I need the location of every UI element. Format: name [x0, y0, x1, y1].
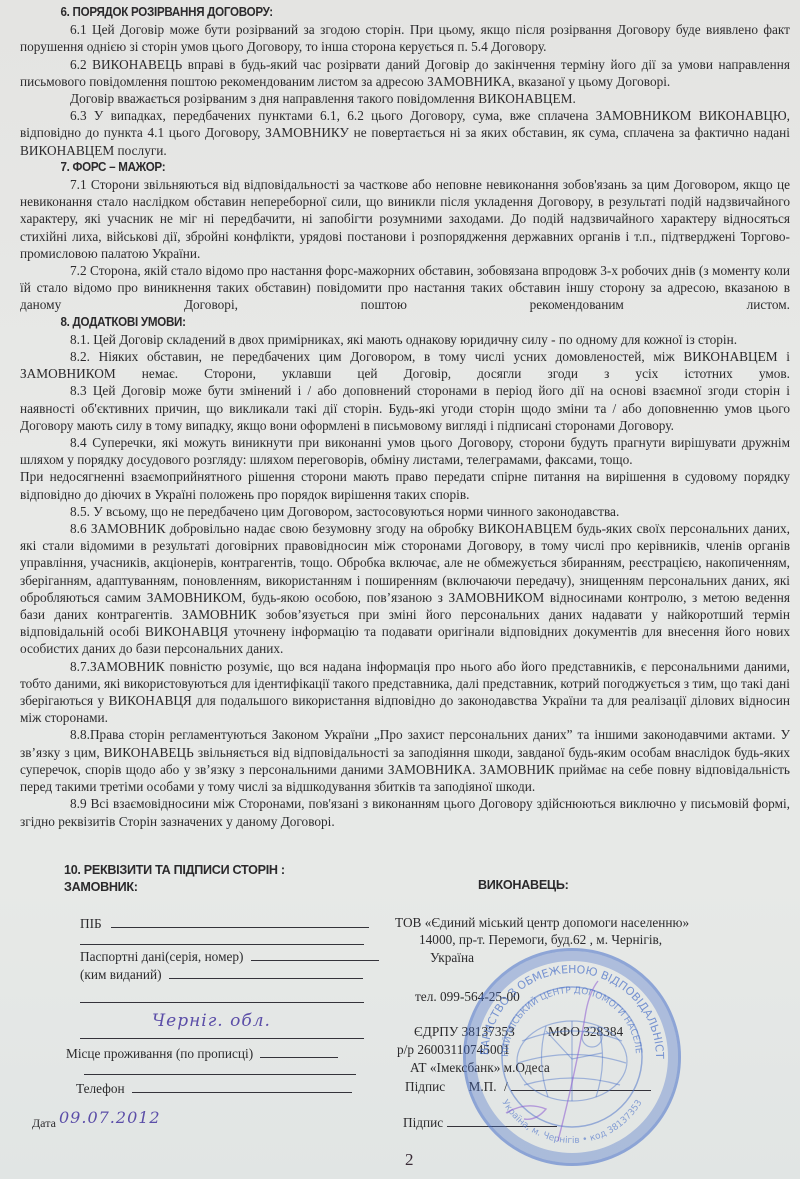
clause-8-7: 8.7.ЗАМОВНИК повністю розуміє, що вся на… [20, 658, 790, 727]
clause-8-8: 8.8.Права сторін регламентуються Законом… [20, 726, 790, 795]
contractor-bank: АТ «Імексбанк» м.Одеса [410, 1060, 550, 1076]
contractor-country: Україна [430, 950, 474, 966]
date-field[interactable]: Дата [32, 1115, 56, 1131]
phone-field[interactable]: Телефон [76, 1080, 352, 1097]
signature-label-2: Підпис [403, 1115, 443, 1130]
clause-8-3: 8.3 Цей Договір може бути змінений і / а… [20, 382, 790, 434]
signature-line [511, 1078, 651, 1091]
clause-8-9: 8.9 Всі взаємовідносини між Сторонами, п… [20, 795, 790, 829]
phone-label: Телефон [76, 1081, 125, 1096]
contractor-label: ВИКОНАВЕЦЬ: [478, 878, 568, 892]
pib-line-2[interactable] [80, 932, 364, 949]
residence-line [260, 1045, 338, 1058]
clause-7-1: 7.1 Сторони звільняються від відповідаль… [20, 176, 790, 262]
document-page: 6. ПОРЯДОК РОЗІРВАННЯ ДОГОВОРУ: 6.1 Цей … [0, 0, 800, 1179]
phone-line [132, 1080, 352, 1093]
clause-8-4-cont: При недосягненні взаємоприйнятного рішен… [20, 468, 790, 502]
page-number: 2 [405, 1150, 414, 1170]
clause-8-6: 8.6 ЗАМОВНИК добровільно надає свою безу… [20, 520, 790, 658]
clause-6-2: 6.2 ВИКОНАВЕЦЬ вправі в будь-який час ро… [20, 56, 790, 90]
contractor-phone: тел. 099-564-25-00 [415, 989, 520, 1005]
issued-by-field[interactable]: (ким виданий) [80, 966, 363, 983]
residence-field[interactable]: Місце проживання (по прописці) [66, 1045, 338, 1062]
contractor-signature-field[interactable]: Підпис М.П. / [405, 1078, 651, 1095]
issued-by-line-2[interactable] [80, 990, 364, 1007]
passport-label: Паспортні дані(серія, номер) [80, 949, 243, 964]
section-10-heading: 10. РЕКВІЗИТИ ТА ПІДПИСИ СТОРІН : [64, 862, 285, 879]
contract-body: 6. ПОРЯДОК РОЗІРВАННЯ ДОГОВОРУ: 6.1 Цей … [20, 4, 790, 830]
contractor-edrpou: ЄДРПУ 38137353 [414, 1024, 515, 1040]
issued-by-label: (ким виданий) [80, 967, 162, 982]
pib-field[interactable]: ПІБ [80, 915, 369, 932]
handwritten-date: 09.07.2012 [59, 1108, 161, 1127]
clause-8-2: 8.2. Ніяких обставин, не передбачених ци… [20, 348, 790, 382]
contractor-account: р/р 26003110745001 [397, 1042, 510, 1058]
blank-line [84, 1062, 356, 1075]
blank-line [80, 990, 364, 1003]
clause-8-1: 8.1. Цей Договір складений в двох примір… [20, 331, 790, 348]
passport-field[interactable]: Паспортні дані(серія, номер) [80, 948, 379, 965]
date-label: Дата [32, 1116, 56, 1130]
contractor-company: ТОВ «Єдиний міський центр допомоги насел… [395, 915, 689, 931]
signature-label: Підпис [405, 1079, 445, 1094]
contractor-signature-field-2[interactable]: Підпис [403, 1114, 557, 1131]
contractor-address: 14000, пр-т. Перемоги, буд.62 , м. Черні… [419, 932, 662, 948]
clause-8-4: 8.4 Суперечки, які можуть виникнути при … [20, 434, 790, 468]
seal-label: М.П. [469, 1079, 497, 1094]
pib-line [111, 915, 369, 928]
section-8-heading: 8. ДОДАТКОВІ УМОВИ: [20, 314, 728, 331]
issued-by-line [169, 966, 363, 979]
slash: / [504, 1079, 508, 1094]
customer-label: ЗАМОВНИК: [64, 880, 138, 894]
section-6-heading: 6. ПОРЯДОК РОЗІРВАННЯ ДОГОВОРУ: [20, 4, 728, 21]
signature-line-2 [447, 1114, 557, 1127]
contractor-mfo: МФО 328384 [548, 1024, 623, 1040]
clause-6-3: 6.3 У випадках, передбачених пунктами 6.… [20, 107, 790, 159]
clause-8-5: 8.5. У всьому, що не передбачено цим Дог… [20, 503, 790, 520]
clause-6-1: 6.1 Цей Договір може бути розірваний за … [20, 21, 790, 55]
residence-line-2[interactable] [84, 1062, 356, 1079]
section-7-heading: 7. ФОРС – МАЖОР: [20, 159, 728, 176]
pib-label: ПІБ [80, 916, 102, 931]
blank-line [80, 932, 364, 945]
residence-label: Місце проживання (по прописці) [66, 1046, 253, 1061]
clause-7-2: 7.2 Сторона, якій стало відомо про наста… [20, 262, 790, 314]
handwritten-region: Черніг. обл. [152, 1011, 271, 1031]
passport-line [251, 948, 379, 961]
clause-6-2-note: Договір вважається розірваним з дня напр… [20, 90, 790, 107]
